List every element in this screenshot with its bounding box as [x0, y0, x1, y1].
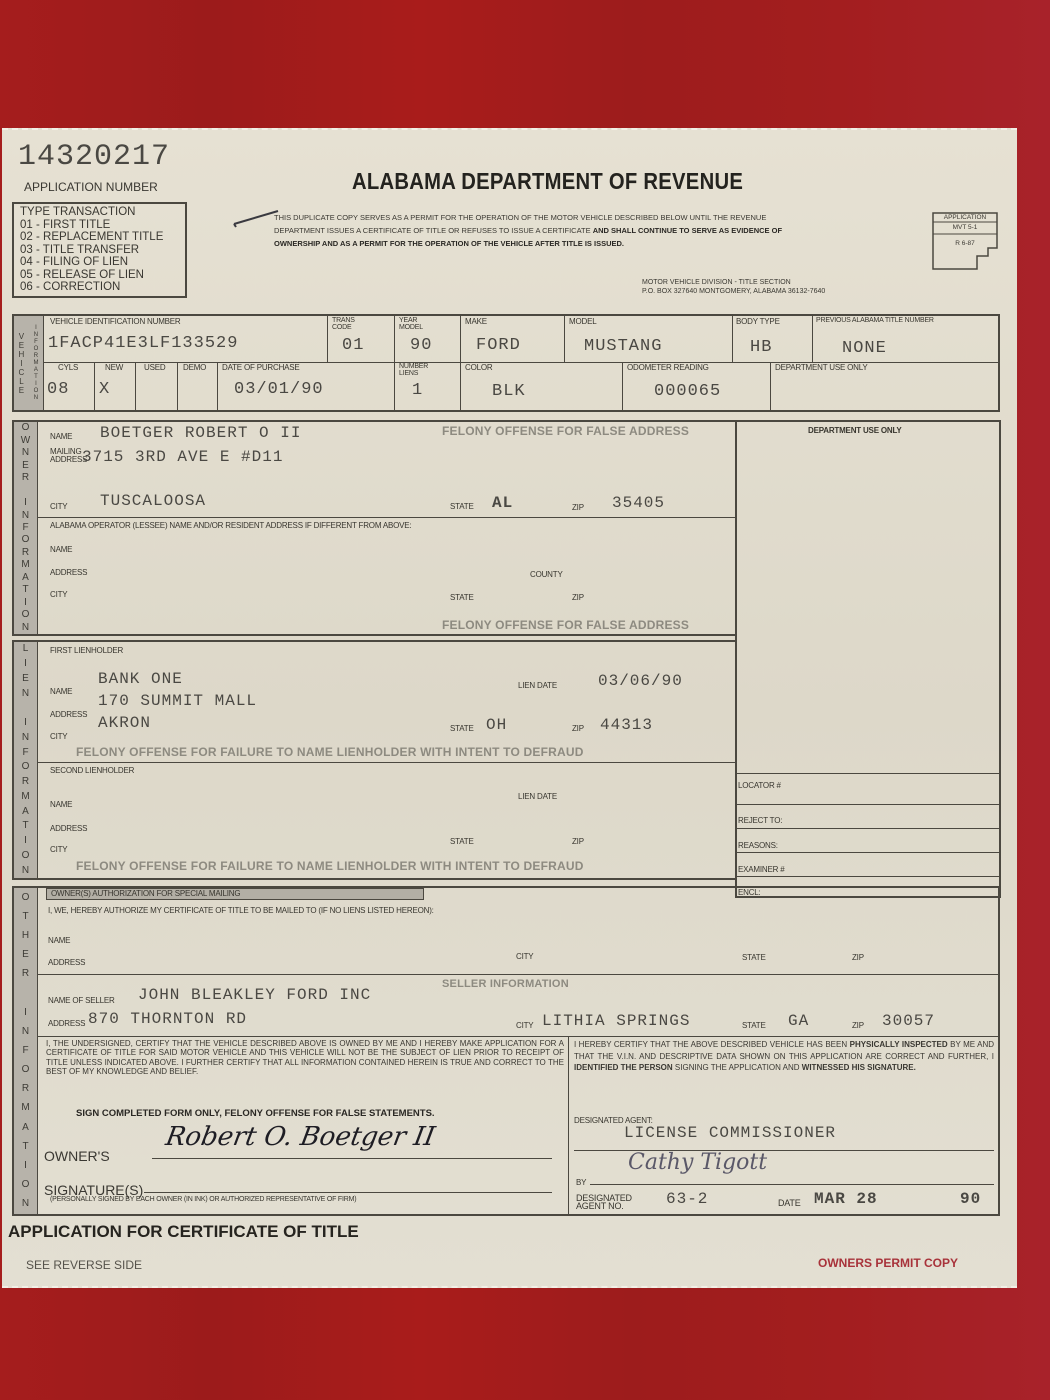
number-liens-label: NUMBER LIENS — [399, 363, 439, 377]
lien-date-value: 03/06/90 — [598, 672, 683, 690]
owner-city-label: CITY — [50, 502, 67, 511]
application-number-label: APPLICATION NUMBER — [24, 180, 158, 194]
lienholder-state-value: OH — [486, 716, 507, 734]
sign-warning: SIGN COMPLETED FORM ONLY, FELONY OFFENSE… — [76, 1108, 435, 1119]
agent-certification-text: I HEREBY CERTIFY THAT THE ABOVE DESCRIBE… — [574, 1039, 994, 1074]
see-reverse-side: SEE REVERSE SIDE — [26, 1258, 142, 1272]
other-side-label: OTHER INFORMATION — [14, 888, 38, 1214]
body-type-label: BODY TYPE — [736, 317, 780, 326]
cyls-value: 08 — [47, 380, 69, 399]
lessee-address-label: ADDRESS — [50, 568, 87, 577]
lienholder-state-label: STATE — [450, 724, 474, 733]
type-transaction-item: 03 - TITLE TRANSFER — [20, 244, 179, 257]
by-label: BY — [576, 1178, 586, 1187]
felony-false-address-note-2: FELONY OFFENSE FOR FALSE ADDRESS — [442, 618, 689, 632]
color-label: COLOR — [465, 363, 492, 372]
type-transaction-item: 04 - FILING OF LIEN — [20, 256, 179, 269]
agent-no-label: DESIGNATED AGENT NO. — [576, 1194, 632, 1210]
lessee-city-label: CITY — [50, 590, 67, 599]
seller-zip-label: ZIP — [852, 1021, 864, 1030]
new-label: NEW — [105, 363, 123, 372]
special-mailing-text: I, WE, HEREBY AUTHORIZE MY CERTIFICATE O… — [48, 906, 434, 915]
owner-name-label: NAME — [50, 432, 72, 441]
lienholder-zip-value: 44313 — [600, 716, 653, 734]
year-value: 90 — [410, 336, 432, 355]
owner-certification-text: I, THE UNDERSIGNED, CERTIFY THAT THE VEH… — [46, 1039, 564, 1076]
lessee-zip-label: ZIP — [572, 593, 584, 602]
felony-lienholder-note: FELONY OFFENSE FOR FAILURE TO NAME LIENH… — [76, 745, 584, 759]
odometer-label: ODOMETER READING — [627, 363, 709, 372]
second-city-label: CITY — [50, 845, 67, 854]
cyls-label: CYLS — [58, 363, 78, 372]
lienholder-name-value: BANK ONE — [98, 670, 183, 688]
owner-zip-value: 35405 — [612, 494, 665, 512]
special-mailing-heading-box: OWNER(S) AUTHORIZATION FOR SPECIAL MAILI… — [46, 888, 424, 900]
type-transaction-item: 01 - FIRST TITLE — [20, 219, 179, 232]
second-zip-label: ZIP — [572, 837, 584, 846]
owner-state-label: STATE — [450, 502, 474, 511]
model-label: MODEL — [569, 317, 596, 326]
date-year: 90 — [960, 1190, 981, 1208]
type-transaction-box: TYPE TRANSACTION 01 - FIRST TITLE 02 - R… — [12, 202, 187, 298]
seller-address-label: ADDRESS — [48, 1019, 85, 1028]
demo-label: DEMO — [183, 363, 206, 372]
examiner-label: EXAMINER # — [738, 865, 784, 874]
lienholder-address-value: 170 SUMMIT MALL — [98, 692, 257, 710]
felony-lienholder-note-2: FELONY OFFENSE FOR FAILURE TO NAME LIENH… — [76, 859, 584, 873]
lienholder-city-value: AKRON — [98, 714, 151, 732]
dept-use-panel — [735, 420, 1001, 898]
owners-label: OWNER'S — [44, 1148, 110, 1164]
signature-note: (PERSONALLY SIGNED BY EACH OWNER (IN INK… — [50, 1196, 356, 1203]
application-number: 14320217 — [18, 140, 170, 174]
seller-city-value: LITHIA SPRINGS — [542, 1012, 690, 1030]
seller-name-label: NAME OF SELLER — [48, 996, 115, 1005]
lienholder-city-label: CITY — [50, 732, 67, 741]
mailing-address-label: ADDRESS — [48, 958, 85, 967]
seller-address-value: 870 THORNTON RD — [88, 1010, 247, 1028]
prev-title-value: NONE — [842, 339, 887, 358]
type-transaction-item: 05 - RELEASE OF LIEN — [20, 269, 179, 282]
lessee-county-label: COUNTY — [530, 570, 563, 579]
make-label: MAKE — [465, 317, 487, 326]
date-label: DATE — [778, 1198, 801, 1208]
model-value: MUSTANG — [584, 337, 662, 356]
make-value: FORD — [476, 336, 521, 355]
type-transaction-heading: TYPE TRANSACTION — [20, 206, 179, 219]
vin-value: 1FACP41E3LF133529 — [48, 334, 238, 353]
lienholder-zip-label: ZIP — [572, 724, 584, 733]
used-label: USED — [144, 363, 165, 372]
owner-name-value: BOETGER ROBERT O II — [100, 424, 301, 442]
reject-to-label: REJECT TO: — [738, 816, 782, 825]
owner-signature: Robert O. Boetger II — [163, 1122, 437, 1152]
owner-zip-label: ZIP — [572, 503, 584, 512]
mailing-city-label: CITY — [516, 952, 533, 961]
owner-address-value: 3715 3RD AVE E #D11 — [82, 448, 283, 466]
designated-agent-value: LICENSE COMMISSIONER — [624, 1124, 836, 1142]
agent-no-value: 63-2 — [666, 1190, 708, 1208]
lienholder-name-label: NAME — [50, 687, 72, 696]
second-name-label: NAME — [50, 800, 72, 809]
title-application-form: 14320217 APPLICATION NUMBER TYPE TRANSAC… — [2, 128, 1017, 1288]
owners-permit-copy: OWNERS PERMIT COPY — [818, 1256, 958, 1270]
seller-state-label: STATE — [742, 1021, 766, 1030]
lienholder-address-label: ADDRESS — [50, 710, 87, 719]
lien-date-label: LIEN DATE — [518, 681, 557, 690]
special-mailing-heading: OWNER(S) AUTHORIZATION FOR SPECIAL MAILI… — [47, 889, 423, 899]
dept-use-label: DEPARTMENT USE ONLY — [775, 363, 868, 372]
second-lien-date-label: LIEN DATE — [518, 792, 557, 801]
year-label: YEAR MODEL — [399, 317, 429, 331]
seller-city-label: CITY — [516, 1021, 533, 1030]
seller-info-heading: SELLER INFORMATION — [442, 978, 569, 990]
seller-name-value: JOHN BLEAKLEY FORD INC — [138, 986, 371, 1004]
first-lienholder-heading: FIRST LIENHOLDER — [50, 646, 123, 655]
body-type-value: HB — [750, 338, 772, 357]
lessee-state-label: STATE — [450, 593, 474, 602]
permit-notice: THIS DUPLICATE COPY SERVES AS A PERMIT F… — [274, 212, 819, 250]
lessee-heading: ALABAMA OPERATOR (LESSEE) NAME AND/OR RE… — [50, 521, 411, 530]
seller-zip-value: 30057 — [882, 1012, 935, 1030]
vin-label: VEHICLE IDENTIFICATION NUMBER — [50, 317, 181, 326]
vehicle-side-label: VEHICLE INFORMATION — [14, 316, 44, 410]
mailing-name-label: NAME — [48, 936, 70, 945]
owner-city-value: TUSCALOOSA — [100, 492, 206, 510]
second-address-label: ADDRESS — [50, 824, 87, 833]
locator-label: LOCATOR # — [738, 781, 781, 790]
lien-side-label: LIEN INFORMATION — [14, 642, 38, 878]
date-value: MAR 28 — [814, 1190, 878, 1208]
new-checkbox: X — [99, 380, 110, 399]
mailing-state-label: STATE — [742, 953, 766, 962]
trans-code-value: 01 — [342, 336, 364, 355]
dept-use-heading: DEPARTMENT USE ONLY — [808, 426, 902, 435]
owner-mailing-label: MAILING ADDRESS — [50, 448, 78, 464]
number-liens-value: 1 — [412, 381, 423, 400]
color-value: BLK — [492, 382, 526, 401]
type-transaction-item: 02 - REPLACEMENT TITLE — [20, 231, 179, 244]
trans-code-label: TRANS CODE — [332, 317, 362, 331]
page-title: ALABAMA DEPARTMENT OF REVENUE — [352, 168, 743, 195]
second-lienholder-heading: SECOND LIENHOLDER — [50, 766, 134, 775]
division-address: MOTOR VEHICLE DIVISION - TITLE SECTION P… — [642, 278, 825, 296]
lessee-name-label: NAME — [50, 545, 72, 554]
seller-state-value: GA — [788, 1012, 809, 1030]
felony-false-address-note: FELONY OFFENSE FOR FALSE ADDRESS — [442, 424, 689, 438]
mailing-zip-label: ZIP — [852, 953, 864, 962]
prev-title-label: PREVIOUS ALABAMA TITLE NUMBER — [816, 317, 934, 324]
purchase-date-value: 03/01/90 — [234, 380, 324, 399]
purchase-date-label: DATE OF PURCHASE — [222, 363, 300, 372]
owner-side-label: OWNER INFORMATION — [14, 422, 38, 634]
owner-state-value: AL — [492, 494, 513, 512]
second-state-label: STATE — [450, 837, 474, 846]
reasons-label: REASONS: — [738, 841, 778, 850]
form-number-box: APPLICATION MVT 5-1 R 6-87 — [932, 212, 998, 270]
type-transaction-item: 06 - CORRECTION — [20, 281, 179, 294]
agent-signature: Cathy Tigott — [628, 1150, 767, 1175]
odometer-value: 000065 — [654, 382, 721, 401]
form-title: APPLICATION FOR CERTIFICATE OF TITLE — [8, 1222, 359, 1242]
